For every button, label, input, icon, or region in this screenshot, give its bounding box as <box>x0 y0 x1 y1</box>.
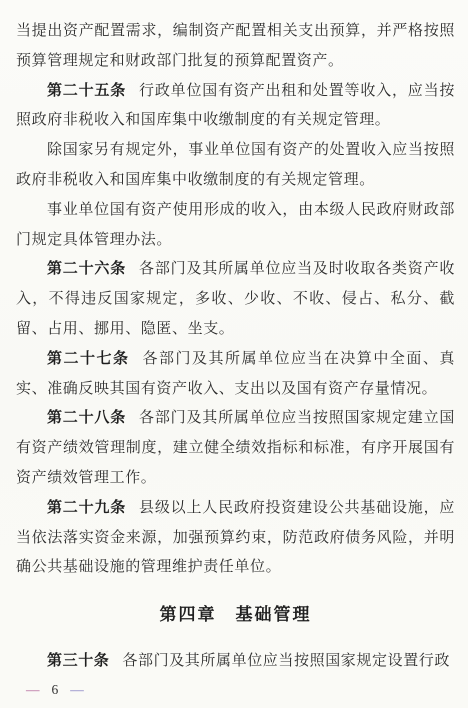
article-number: 第二十七条 <box>47 351 129 367</box>
paragraph-text: 当提出资产配置需求，编制资产配置相关支出预算，并严格按照预算管理规定和财政部门批… <box>16 23 455 69</box>
paragraph-text: 各部门及其所属单位应当按照国家规定设置行政 <box>122 653 450 669</box>
footer-dash-left: — <box>26 682 40 698</box>
footer-dash-right: — <box>70 682 84 698</box>
paragraph: 事业单位国有资产使用形成的收入，由本级人民政府财政部门规定具体管理办法。 <box>16 196 455 256</box>
article-30-paragraph: 第三十条各部门及其所属单位应当按照国家规定设置行政 <box>16 647 455 677</box>
article-number: 第二十九条 <box>47 500 126 516</box>
article-number: 第三十条 <box>47 653 109 669</box>
paragraph: 除国家另有规定外，事业单位国有资产的处置收入应当按照政府非税收入和国库集中收缴制… <box>16 136 455 196</box>
article-number: 第二十五条 <box>47 83 126 99</box>
document-page: 当提出资产配置需求，编制资产配置相关支出预算，并严格按照预算管理规定和财政部门批… <box>0 0 468 708</box>
article-number: 第二十八条 <box>47 410 126 426</box>
article-28-paragraph: 第二十八条各部门及其所属单位应当按照国家规定建立国有资产绩效管理制度，建立健全绩… <box>16 404 455 493</box>
article-number: 第二十六条 <box>47 261 126 277</box>
paragraph-text: 事业单位国有资产使用形成的收入，由本级人民政府财政部门规定具体管理办法。 <box>16 202 455 248</box>
article-26-paragraph: 第二十六条各部门及其所属单位应当及时收取各类资产收入，不得违反国家规定，多收、少… <box>16 255 455 344</box>
page-footer: — 6 — <box>26 682 84 698</box>
article-25-paragraph: 第二十五条行政单位国有资产出租和处置等收入，应当按照政府非税收入和国库集中收缴制… <box>16 77 455 137</box>
article-27-paragraph: 第二十七条各部门及其所属单位应当在决算中全面、真实、准确反映其国有资产收入、支出… <box>16 345 455 405</box>
paragraph-continuation: 当提出资产配置需求，编制资产配置相关支出预算，并严格按照预算管理规定和财政部门批… <box>16 17 455 77</box>
paragraph-text: 除国家另有规定外，事业单位国有资产的处置收入应当按照政府非税收入和国库集中收缴制… <box>16 142 455 188</box>
article-29-paragraph: 第二十九条县级以上人民政府投资建设公共基础设施，应当依法落实资金来源，加强预算约… <box>16 494 455 583</box>
chapter-heading: 第四章 基础管理 <box>16 600 455 630</box>
page-number: 6 <box>52 682 59 698</box>
